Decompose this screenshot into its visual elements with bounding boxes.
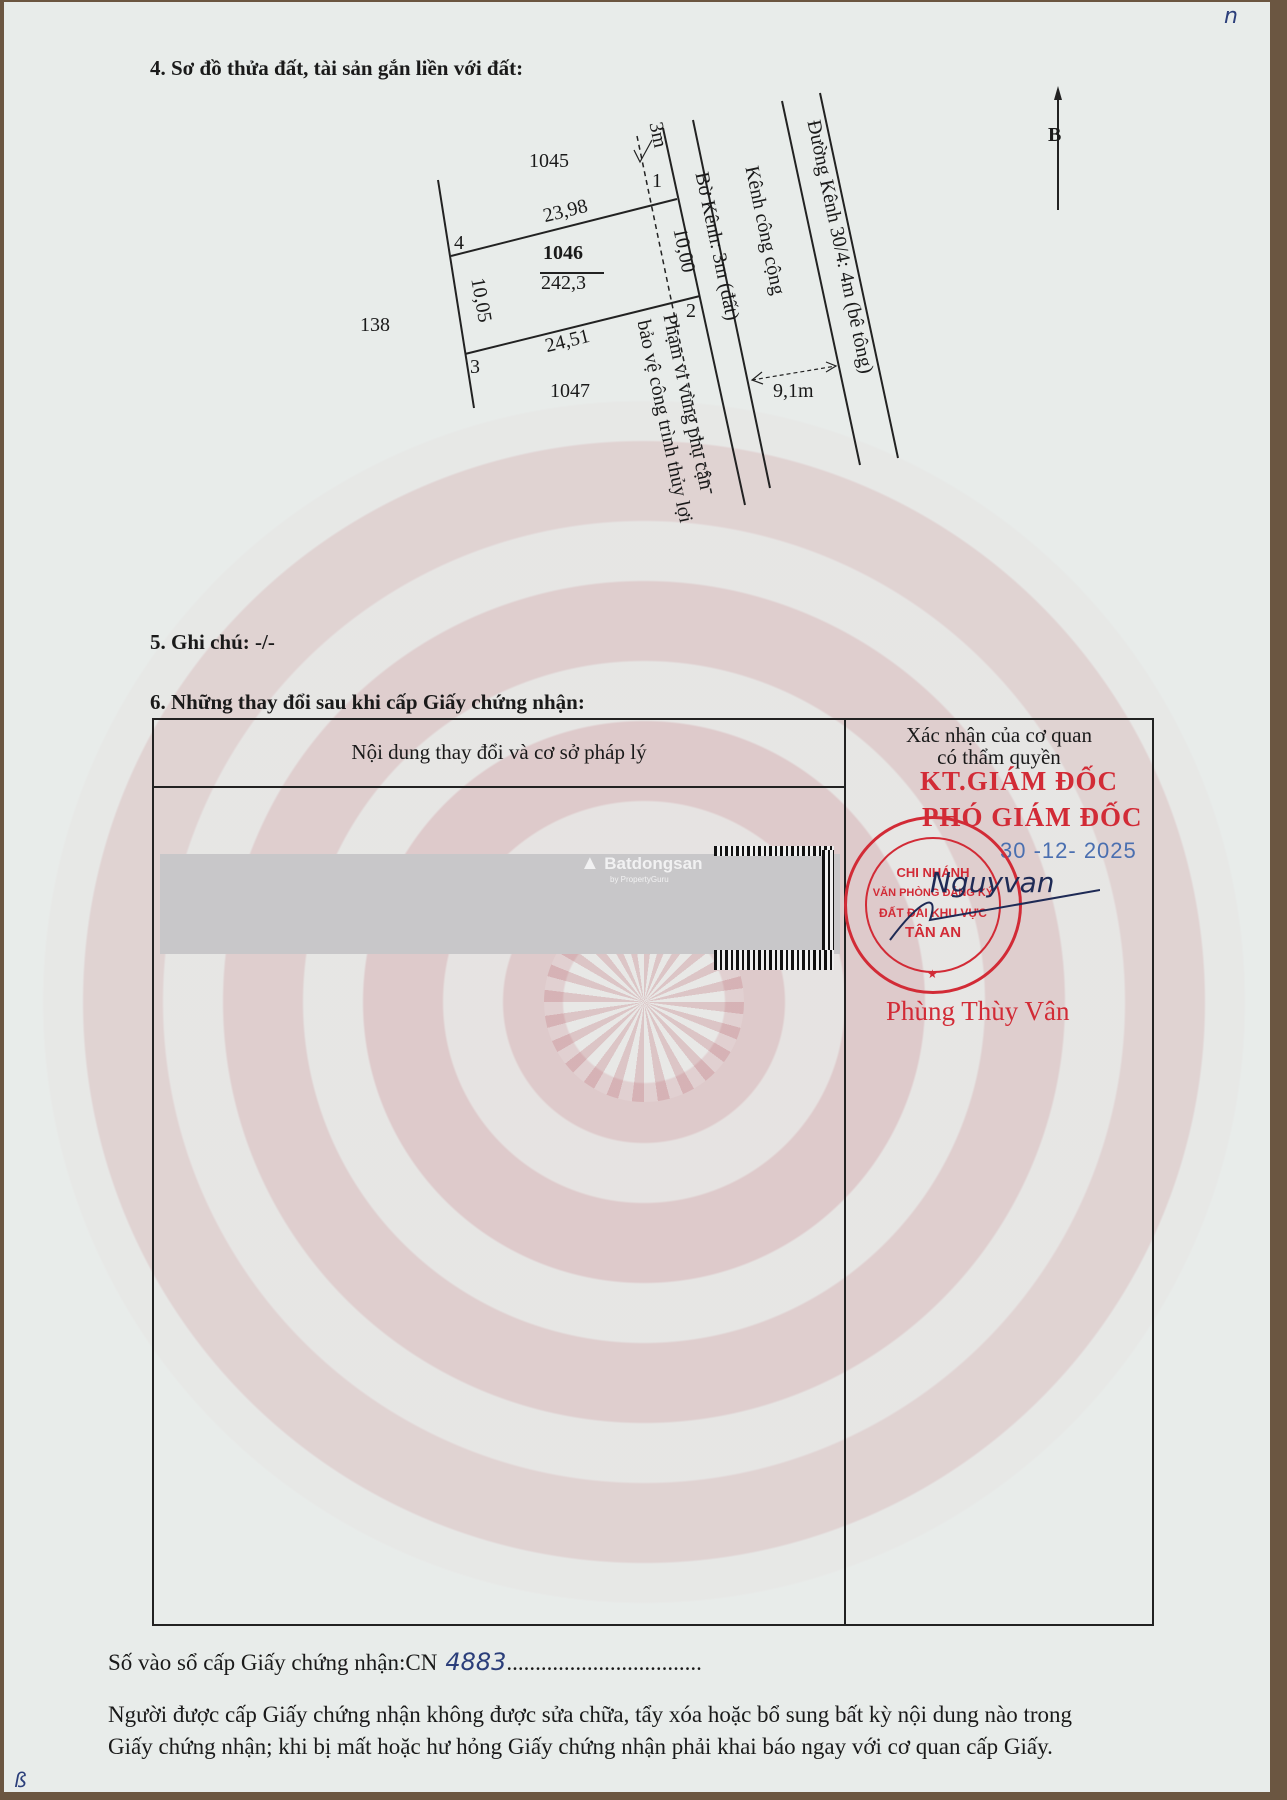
section-5-title: 5. Ghi chú: -/- (150, 630, 275, 655)
canal-width-label: 9,1m (773, 380, 814, 403)
cert-number-row: Số vào sổ cấp Giấy chứng nhận:CN4883....… (108, 1648, 702, 1676)
watermark-name: Batdongsan (604, 854, 702, 873)
parcel-south: 1047 (550, 380, 590, 403)
table-header-changes: Nội dung thay đổi và cơ sở pháp lý (154, 740, 844, 765)
qr-code-side (822, 850, 834, 950)
qr-code-top (714, 846, 834, 856)
cert-number-label: Số vào sổ cấp Giấy chứng nhận: (108, 1650, 405, 1675)
watermark-by: by PropertyGuru (610, 875, 702, 884)
sign-title-1: KT.GIÁM ĐỐC (920, 766, 1118, 797)
parcel-north: 1045 (529, 150, 569, 173)
parcel-area: 242,3 (541, 272, 586, 295)
redacted-content (160, 854, 840, 954)
signer-name: Phùng Thùy Vân (886, 996, 1070, 1027)
table-column-divider (844, 720, 846, 1624)
north-label: B (1048, 124, 1061, 147)
cert-number: 4883 (445, 1648, 506, 1676)
cert-dots: .................................. (506, 1650, 702, 1675)
notice-line-1: Người được cấp Giấy chứng nhận không đượ… (108, 1702, 1072, 1728)
vertex-1: 1 (652, 170, 662, 193)
vertex-2: 2 (686, 300, 696, 323)
authority-header-line1: Xác nhận của cơ quan (846, 724, 1152, 746)
authority-header-line2: có thẩm quyền (846, 746, 1152, 768)
signature-stroke (880, 880, 1100, 960)
notice-line-2: Giấy chứng nhận; khi bị mất hoặc hư hỏng… (108, 1734, 1053, 1760)
parcel-west: 138 (360, 314, 390, 337)
section-6-title: 6. Những thay đổi sau khi cấp Giấy chứng… (150, 690, 585, 715)
corner-mark: ß (14, 1768, 27, 1792)
setback-label: 3m (644, 120, 672, 150)
table-header-divider (154, 786, 844, 788)
vertex-3: 3 (470, 356, 480, 379)
sign-date: 30 -12- 2025 (1000, 838, 1137, 864)
parcel-number: 1046 (543, 242, 583, 265)
table-header-authority: Xác nhận của cơ quan có thẩm quyền (846, 724, 1152, 768)
watermark-logo: ▲ Batdongsan by PropertyGuru (580, 852, 702, 884)
cert-prefix: CN (405, 1650, 437, 1675)
qr-code-bottom (714, 950, 834, 970)
stamp-star-icon: ★ (927, 967, 938, 982)
vertex-4: 4 (454, 232, 464, 255)
